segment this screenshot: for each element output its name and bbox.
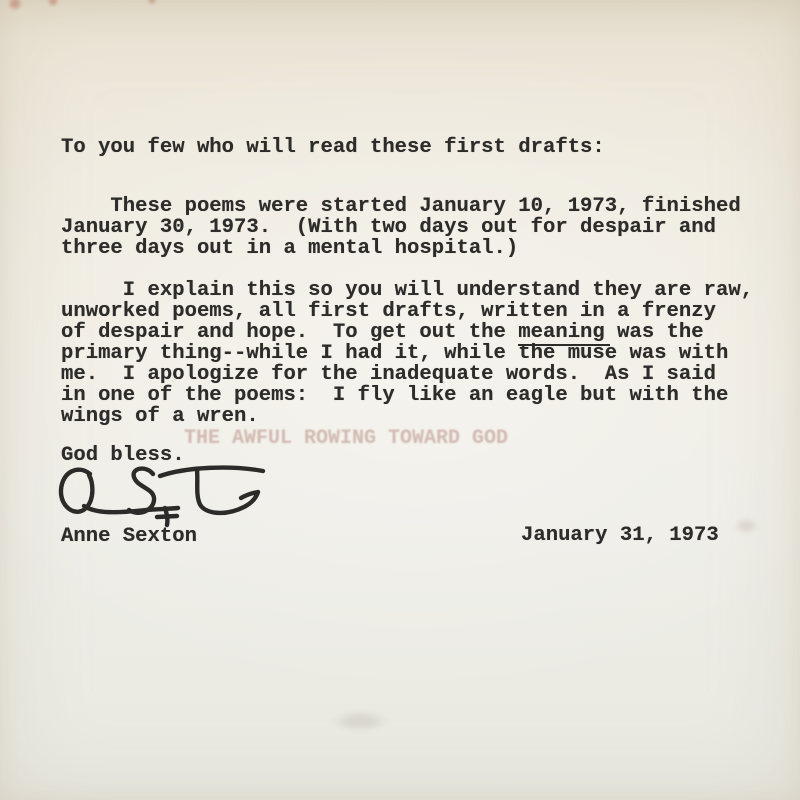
- paper-smudge: [733, 518, 759, 534]
- salutation-line: To you few who will read these first dra…: [61, 137, 605, 158]
- typed-line: primary thing--while I had it, while the…: [61, 343, 753, 364]
- date-line: January 31, 1973: [521, 525, 719, 546]
- paragraph-second: I explain this so you will understand th…: [61, 280, 753, 427]
- red-pen-edge-mark: [6, 0, 24, 11]
- typed-line: wings of a wren.: [61, 406, 753, 427]
- typed-line: unworked poems, all first drafts, writte…: [61, 301, 753, 322]
- signature-handwritten: [56, 460, 286, 532]
- typed-line: January 30, 1973. (With two days out for…: [61, 217, 741, 238]
- typed-line: in one of the poems: I fly like an eagle…: [61, 385, 753, 406]
- paper-smudge: [330, 710, 390, 732]
- typed-name: Anne Sexton: [61, 526, 197, 547]
- typed-line: I explain this so you will understand th…: [61, 280, 753, 301]
- typed-line: of despair and hope. To get out the mean…: [61, 322, 753, 343]
- text-segment: was the: [605, 321, 704, 344]
- typed-line: me. I apologize for the inadequate words…: [61, 364, 753, 385]
- red-pen-edge-mark: [45, 0, 61, 7]
- typed-line: three days out in a mental hospital.): [61, 238, 741, 259]
- typed-line: These poems were started January 10, 197…: [61, 196, 741, 217]
- text-segment: of despair and hope. To get out the: [61, 321, 518, 344]
- letter-page: To you few who will read these first dra…: [0, 0, 800, 800]
- red-pen-edge-mark: [145, 0, 159, 5]
- ghost-title-bleedthrough: THE AWFUL ROWING TOWARD GOD: [184, 428, 508, 449]
- paragraph-first: These poems were started January 10, 197…: [61, 196, 741, 259]
